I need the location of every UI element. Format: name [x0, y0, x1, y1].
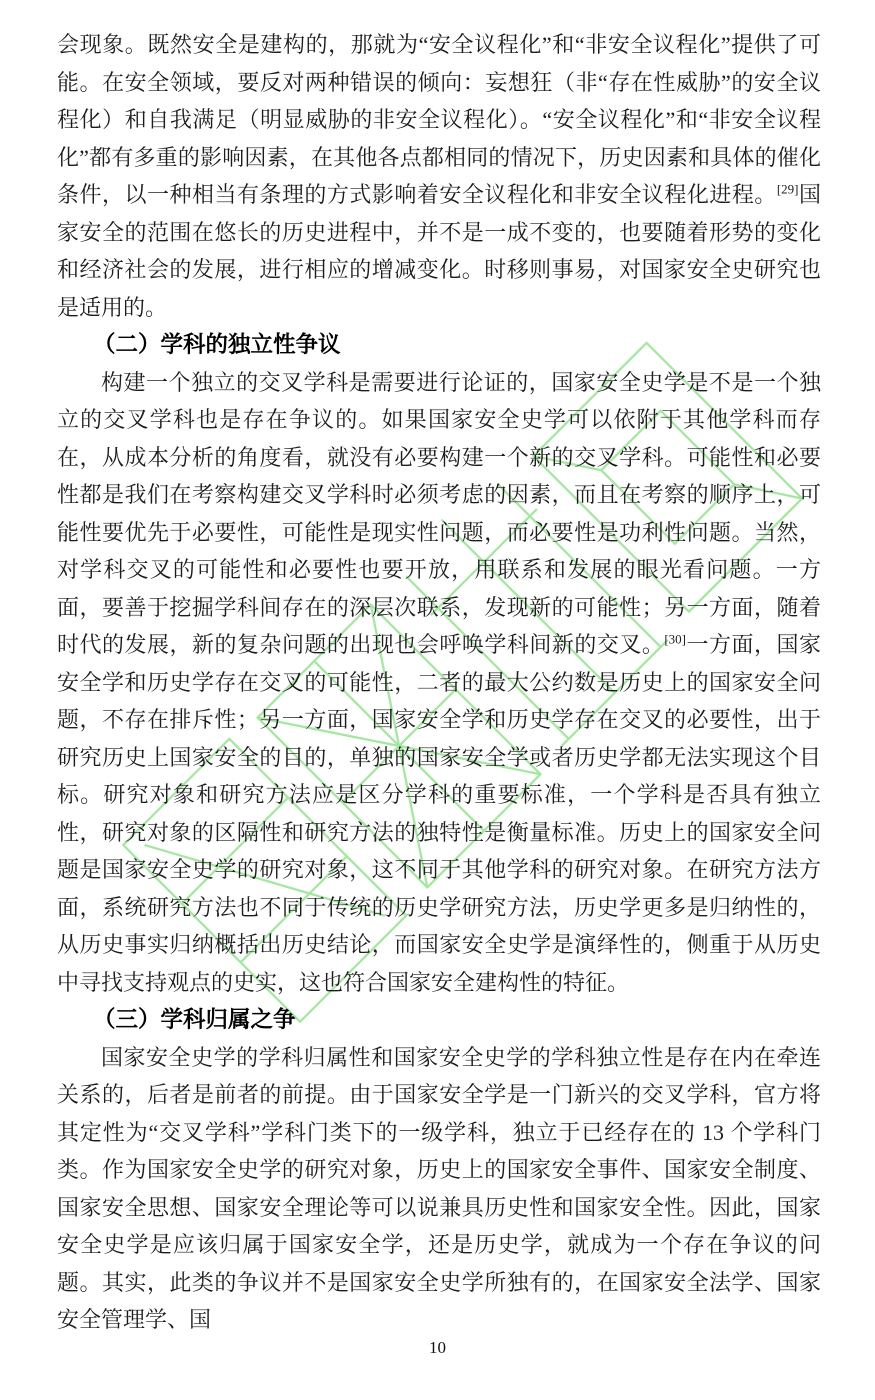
paragraph: 国家安全史学的学科归属性和国家安全史学的学科独立性是存在内在牵连关系的，后者是前… — [57, 1039, 821, 1339]
page-number: 10 — [0, 1338, 875, 1358]
footnote-ref: [30] — [664, 632, 686, 647]
text-run: 一方面，国家安全学和历史学存在交叉的可能性，二者的最大公约数是历史上的国家安全问… — [57, 632, 821, 995]
paragraph: 构建一个独立的交叉学科是需要进行论证的，国家安全史学是不是一个独立的交叉学科也是… — [57, 364, 821, 1002]
section-heading: （三）学科归属之争 — [57, 1001, 821, 1039]
text-run: 国家安全史学的学科归属性和国家安全史学的学科独立性是存在内在牵连关系的，后者是前… — [57, 1045, 821, 1333]
document-page: 会现象。既然安全是建构的，那就为“安全议程化”和“非安全议程化”提供了可能。在安… — [0, 0, 875, 1400]
document-body: 会现象。既然安全是建构的，那就为“安全议程化”和“非安全议程化”提供了可能。在安… — [57, 26, 821, 1339]
paragraph: 会现象。既然安全是建构的，那就为“安全议程化”和“非安全议程化”提供了可能。在安… — [57, 26, 821, 326]
section-heading: （二）学科的独立性争议 — [57, 326, 821, 364]
footnote-ref: [29] — [777, 182, 799, 197]
text-run: 构建一个独立的交叉学科是需要进行论证的，国家安全史学是不是一个独立的交叉学科也是… — [57, 370, 821, 658]
text-run: 会现象。既然安全是建构的，那就为“安全议程化”和“非安全议程化”提供了可能。在安… — [57, 32, 821, 207]
